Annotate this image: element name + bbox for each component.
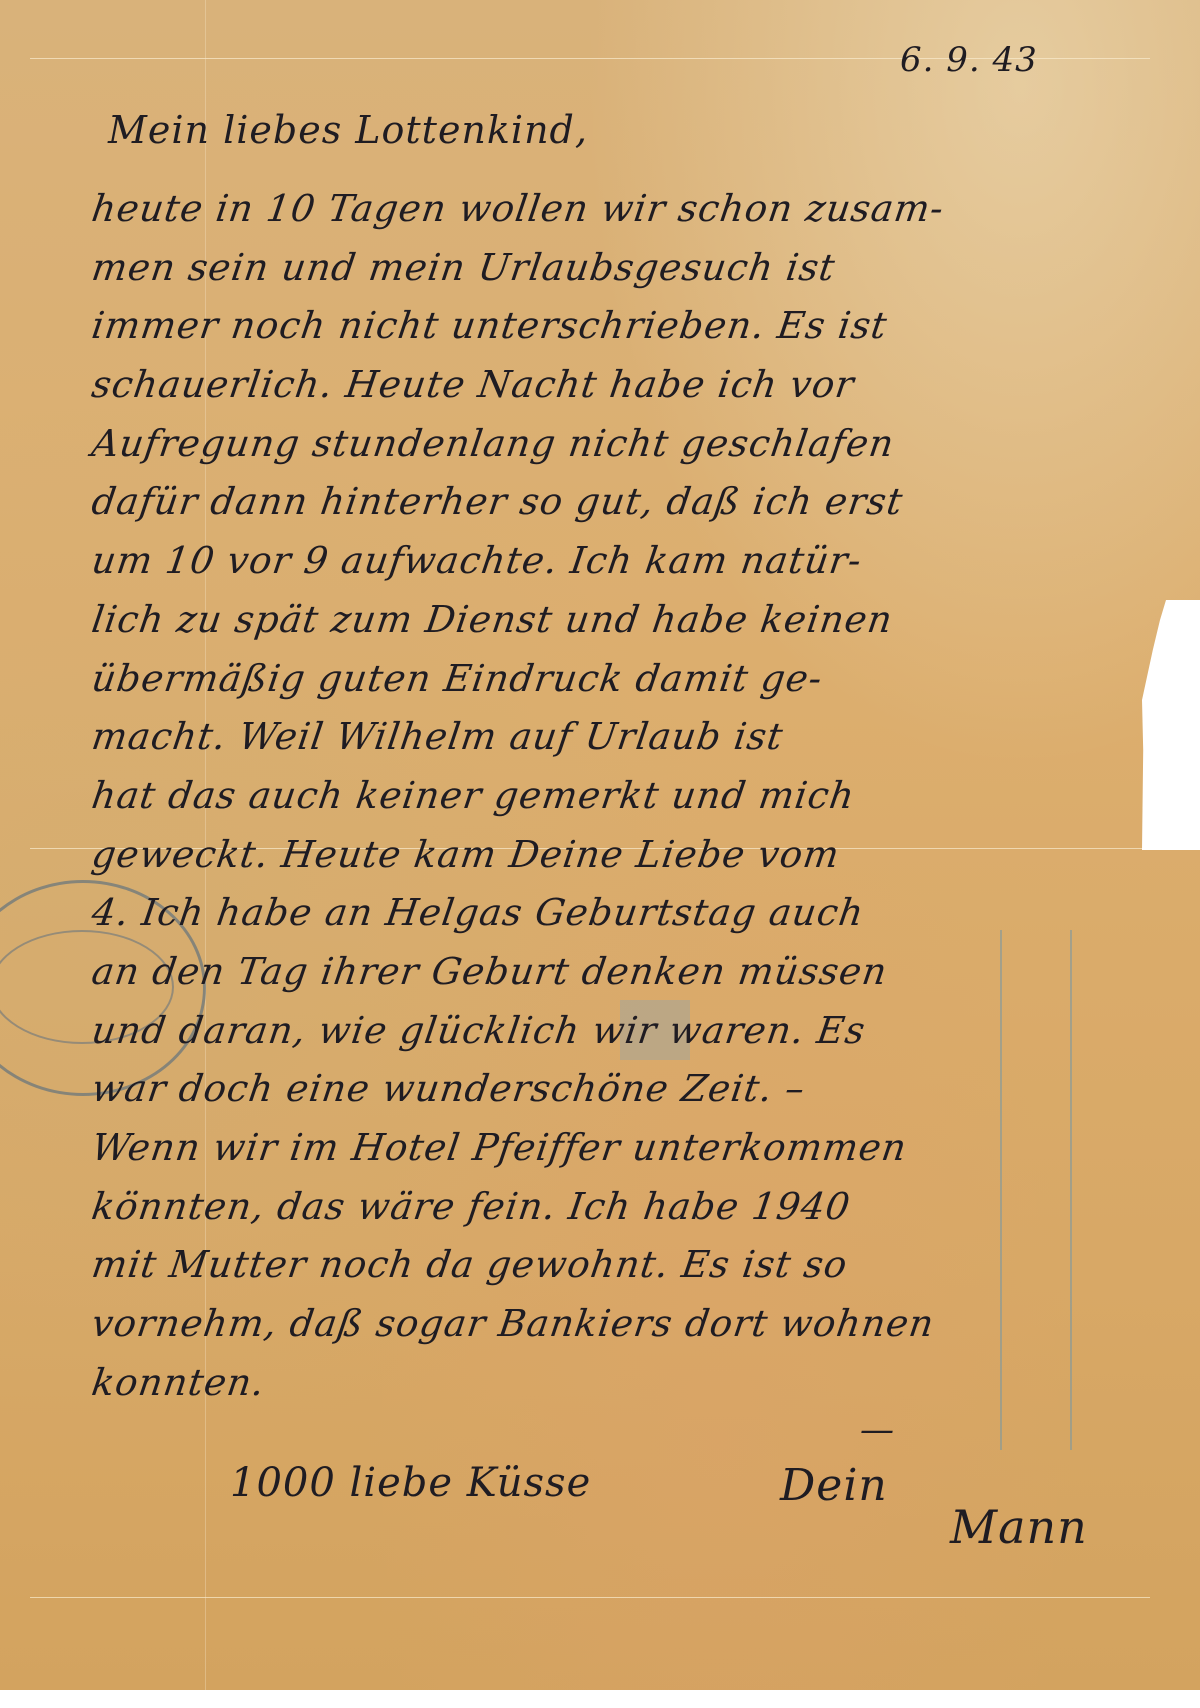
signature-mann: Mann xyxy=(950,1500,1088,1554)
dash-mark: — xyxy=(860,1410,895,1450)
signature-dein: Dein xyxy=(780,1460,888,1511)
faint-blue-rule xyxy=(1070,930,1072,1450)
letter-page: 6. 9. 43 Mein liebes Lottenkind, heute i… xyxy=(0,0,1200,1690)
body-line: mit Mutter noch da gewohnt. Es ist so xyxy=(88,1236,948,1295)
body-line: könnten, das wäre fein. Ich habe 1940 xyxy=(88,1178,948,1237)
body-line: hat das auch keiner gemerkt und mich xyxy=(88,767,948,826)
body-line: immer noch nicht unterschrieben. Es ist xyxy=(88,297,948,356)
letter-date: 6. 9. 43 xyxy=(900,40,1038,80)
body-line: heute in 10 Tagen wollen wir schon zusam… xyxy=(88,180,948,239)
body-line: geweckt. Heute kam Deine Liebe vom xyxy=(88,826,948,885)
body-line: lich zu spät zum Dienst und habe keinen xyxy=(88,591,948,650)
faint-blue-rule xyxy=(1000,930,1002,1450)
body-line: war doch eine wunderschöne Zeit. – xyxy=(88,1060,948,1119)
body-line: schauerlich. Heute Nacht habe ich vor xyxy=(88,356,948,415)
body-line: vornehm, daß sogar Bankiers dort wohnen xyxy=(88,1295,948,1354)
torn-edge xyxy=(1142,600,1200,850)
body-line: um 10 vor 9 aufwachte. Ich kam natür- xyxy=(88,532,948,591)
body-line: dafür dann hinterher so gut, daß ich ers… xyxy=(88,473,948,532)
body-line: konnten. xyxy=(88,1354,948,1413)
letter-body: heute in 10 Tagen wollen wir schon zusam… xyxy=(92,180,944,1412)
body-line: und daran, wie glücklich wir waren. Es xyxy=(88,1002,948,1061)
body-line: an den Tag ihrer Geburt denken müssen xyxy=(88,943,948,1002)
body-line: 4. Ich habe an Helgas Geburtstag auch xyxy=(88,884,948,943)
salutation: Mein liebes Lottenkind, xyxy=(108,108,588,152)
body-line: Aufregung stundenlang nicht geschlafen xyxy=(88,415,948,474)
body-line: übermäßig guten Eindruck damit ge- xyxy=(88,650,948,709)
closing-line: 1000 liebe Küsse xyxy=(230,1460,591,1506)
body-line: macht. Weil Wilhelm auf Urlaub ist xyxy=(88,708,948,767)
body-line: Wenn wir im Hotel Pfeiffer unterkommen xyxy=(88,1119,948,1178)
body-line: men sein und mein Urlaubsgesuch ist xyxy=(88,239,948,298)
fold-crease-bottom xyxy=(30,1597,1150,1598)
